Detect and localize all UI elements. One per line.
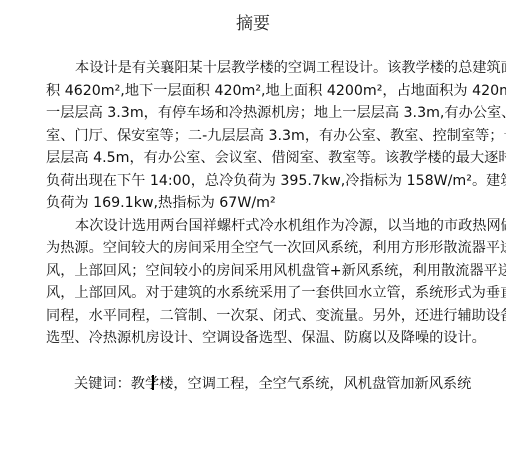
paragraph1-line-4: 室、门厅、保安室等；二-九层层高 3.3m，有办公室、教室、控制室等；十: [46, 125, 474, 148]
paragraph2-line-2: 为热源。空间较大的房间采用全空气一次回风系统，利用方形形散流器平送: [46, 237, 474, 260]
paragraph1-line-2: 积 4620m²,地下一层面积 420m²,地上面积 4200m²，占地面积为 …: [46, 80, 474, 103]
keywords-text-after-caret: 楼，空调工程，全空气系统，风机盘管加新风系统: [159, 376, 471, 392]
paragraph1-line-7: 负荷为 169.1kw,热指标为 67W/m²: [46, 192, 474, 215]
abstract-title: 摘要: [0, 12, 506, 36]
abstract-body[interactable]: 本设计是有关襄阳某十层教学楼的空调工程设计。该教学楼的总建筑面 积 4620m²…: [46, 57, 474, 350]
paragraph2-line-3: 风，上部回风；空间较小的房间采用风机盘管+新风系统，利用散流器平送: [46, 260, 474, 283]
paragraph2-line-6: 选型、冷热源机房设计、空调设备选型、保温、防腐以及降噪的设计。: [46, 327, 474, 350]
paragraph2-line-4: 风，上部回风。对于建筑的水系统采用了一套供回水立管，系统形式为垂直: [46, 282, 474, 305]
paragraph1-line-6: 负荷出现在下午 14:00，总冷负荷为 395.7kw,冷指标为 158W/m²…: [46, 170, 474, 193]
keywords-label: 关键词：: [74, 376, 131, 392]
keywords-text-before-caret: 教学: [131, 376, 159, 392]
paragraph1-line-3: 一层层高 3.3m，有停车场和冷热源机房；地上一层层高 3.3m,有办公室、教: [46, 102, 474, 125]
paragraph2-line-1: 本次设计选用两台国祥螺杆式冷水机组作为冷源，以当地的市政热网做: [46, 215, 474, 238]
paragraph1-line-1: 本设计是有关襄阳某十层教学楼的空调工程设计。该教学楼的总建筑面: [46, 57, 474, 80]
paragraph1-line-5: 层层高 4.5m，有办公室、会议室、借阅室、教室等。该教学楼的最大逐时冷: [46, 147, 474, 170]
keywords-line[interactable]: 关键词：教学楼，空调工程，全空气系统，风机盘管加新风系统: [74, 373, 471, 395]
paragraph2-line-5: 同程，水平同程，二管制、一次泵、闭式、变流量。另外，还进行辅助设备: [46, 305, 474, 328]
text-caret: [152, 375, 154, 390]
document-page[interactable]: 摘要 本设计是有关襄阳某十层教学楼的空调工程设计。该教学楼的总建筑面 积 462…: [0, 0, 506, 475]
